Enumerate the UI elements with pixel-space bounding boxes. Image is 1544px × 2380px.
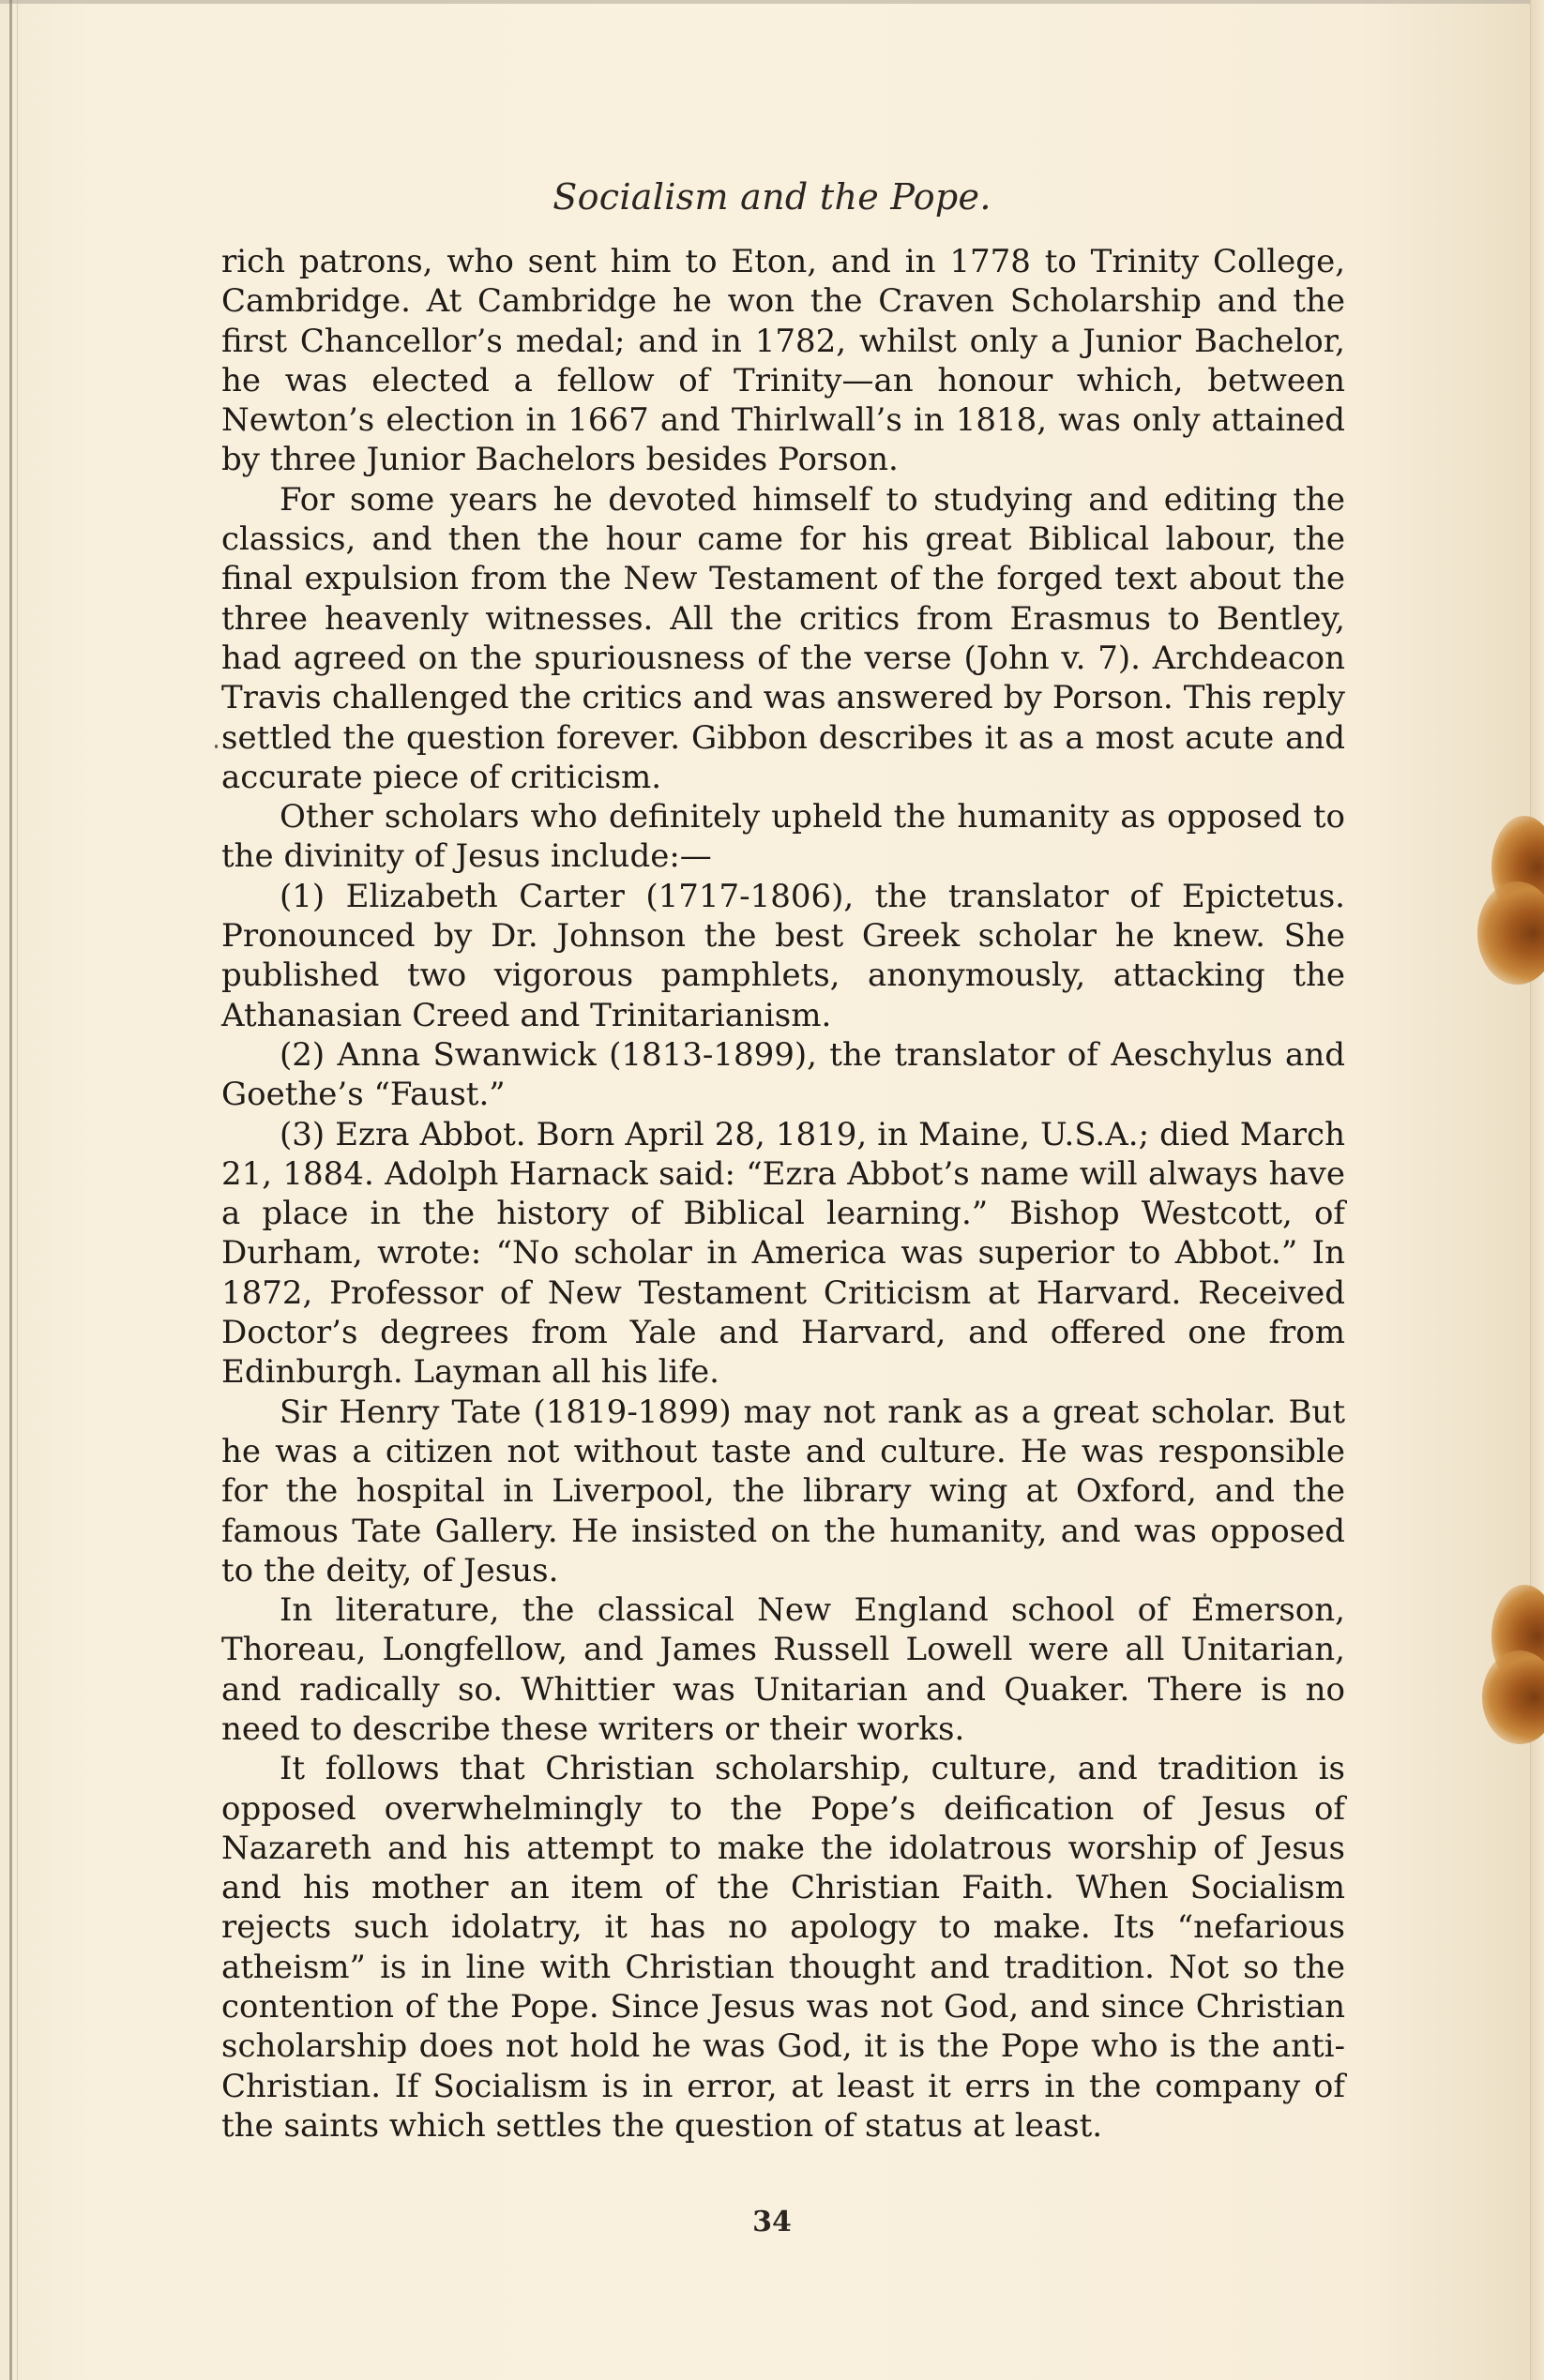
paragraph-porson-education: rich patrons, who sent him to Eton, and … <box>221 242 1345 480</box>
binding-gutter-line-secondary <box>17 0 18 2380</box>
paragraph-elizabeth-carter: (1) Elizabeth Carter (1717-1806), the tr… <box>221 877 1345 1035</box>
paragraph-ezra-abbot: (3) Ezra Abbot. Born April 28, 1819, in … <box>221 1115 1345 1393</box>
paragraph-anna-swanwick: (2) Anna Swanwick (1813-1899), the trans… <box>221 1035 1345 1115</box>
foxing-stain-upper-spread <box>1477 881 1544 985</box>
ink-speck <box>215 745 218 748</box>
running-head: Socialism and the Pope. <box>0 176 1544 218</box>
paragraph-porson-biblical-labour: For some years he devoted himself to stu… <box>221 480 1345 797</box>
paragraph-other-scholars-intro: Other scholars who definitely upheld the… <box>221 797 1345 877</box>
paragraph-conclusion: It follows that Christian scholarship, c… <box>221 1749 1345 2146</box>
body-text: rich patrons, who sent him to Eton, and … <box>221 242 1345 2146</box>
page-number: 34 <box>0 2206 1544 2238</box>
foxing-stain-lower-spread <box>1482 1650 1544 1744</box>
book-page: Socialism and the Pope. rich patrons, wh… <box>0 0 1544 2380</box>
page-right-edge <box>1530 0 1544 2380</box>
paragraph-henry-tate: Sir Henry Tate (1819-1899) may not rank … <box>221 1393 1345 1590</box>
binding-gutter-line <box>9 0 12 2380</box>
paragraph-new-england-literature: In literature, the classical New England… <box>221 1590 1345 1749</box>
page-top-edge <box>0 0 1544 4</box>
